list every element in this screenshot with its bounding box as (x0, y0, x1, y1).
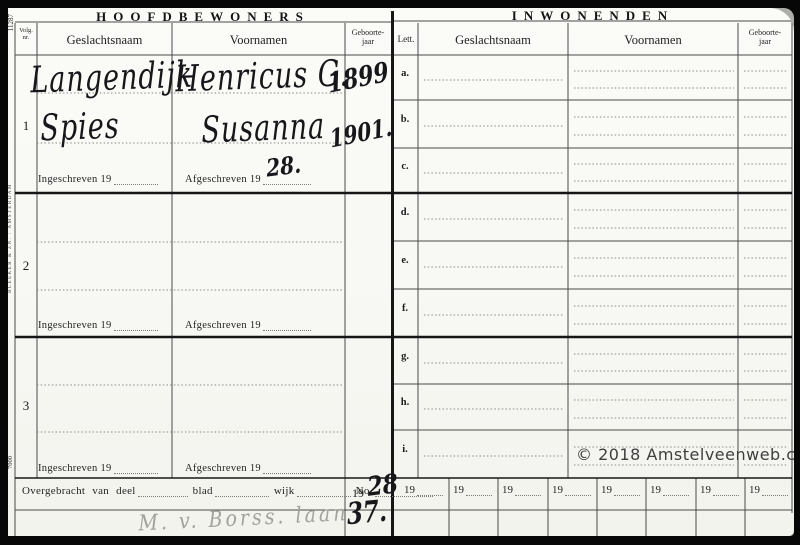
dotted-leader (417, 486, 443, 496)
footer-year-cell: 19 (749, 484, 788, 496)
ingeschreven-line-row1: Ingeschreven 19 (38, 174, 158, 185)
handwritten-surname-1: Langendijk (30, 54, 193, 102)
copyright-watermark: © 2018 Amstelveenweb.com (576, 445, 794, 464)
dotted-leader (263, 464, 311, 474)
column-header-firstnames-left: Voornamen (172, 33, 345, 48)
dotted-leader (114, 321, 158, 331)
row-number-2: 2 (15, 258, 37, 274)
column-header-birthyear-right-line1: Geboorte- (738, 28, 792, 37)
column-header-surname-right: Geslachtsnaam (418, 33, 568, 48)
column-header-firstnames-right: Voornamen (568, 33, 738, 48)
section-title-inwonenden: INWONENDEN (394, 8, 792, 24)
ingeschreven-label-row2: Ingeschreven 19 (38, 320, 112, 331)
column-header-volgnr-line2: nr. (15, 34, 37, 41)
footer-year-cell: 19 (502, 484, 541, 496)
section-title-hoofdbewoners: HOOFDBEWONERS (15, 9, 391, 25)
column-header-birthyear-right: Geboorte- jaar (738, 28, 792, 46)
footer-year-cell: 19 (700, 484, 739, 496)
footer-year-cell: 19 (453, 484, 492, 496)
handwritten-firstnames-2: Susanna (201, 106, 325, 152)
blad-label: blad (193, 485, 213, 497)
printer-imprint: BLEEKER & ZN. : AMSTERDAM (8, 183, 14, 293)
footer-year-cell-label: 19 (502, 484, 513, 496)
dotted-leader (565, 486, 591, 496)
footer-year-cell: 19 (552, 484, 591, 496)
footer-year-cell-label: 19 (601, 484, 612, 496)
letter-label-f: f. (396, 303, 414, 314)
dotted-leader (263, 175, 311, 185)
footer-year-cell: 19 (601, 484, 640, 496)
margin-serial-code: 11287 (8, 14, 15, 31)
dotted-leader (297, 487, 351, 497)
footer-year-cell: 19 (404, 484, 443, 496)
dotted-leader (114, 175, 158, 185)
footer-year-cell-label: 19 (650, 484, 661, 496)
handwritten-firstnames-1: Henricus G. (175, 53, 349, 101)
dotted-leader (263, 321, 311, 331)
letter-label-h: h. (396, 397, 414, 408)
ingeschreven-label-row3: Ingeschreven 19 (38, 463, 112, 474)
scanned-register-page: { "margin": { "top_code": "11287", "impr… (0, 0, 800, 545)
letter-label-c: c. (396, 161, 414, 172)
column-header-surname-left: Geslachtsnaam (37, 33, 172, 48)
dotted-leader (713, 486, 739, 496)
row-number-3: 3 (15, 398, 37, 414)
dotted-leader (614, 486, 640, 496)
row-number-1: 1 (15, 118, 37, 134)
column-header-lett: Lett. (394, 34, 418, 44)
column-header-birthyear-left-line2: jaar (345, 37, 391, 46)
column-header-birthyear-left: Geboorte- jaar (345, 28, 391, 46)
dotted-leader (663, 486, 689, 496)
ingeschreven-label-row1: Ingeschreven 19 (38, 174, 112, 185)
footer-year-cell-label: 19 (453, 484, 464, 496)
handwritten-surname-2: Spies (40, 105, 120, 150)
afgeschreven-label-row1: Afgeschreven 19 (185, 174, 261, 185)
margin-print-run-code: 7000 (8, 456, 15, 469)
afgeschreven-line-row3: Afgeschreven 19 (185, 463, 311, 474)
dotted-leader (515, 486, 541, 496)
overgebracht-label: Overgebracht van deel (22, 485, 136, 497)
footer-year-cell-label: 19 (700, 484, 711, 496)
dotted-leader (114, 464, 158, 474)
dotted-leader (215, 487, 269, 497)
afgeschreven-label-row2: Afgeschreven 19 (185, 320, 261, 331)
footer-year-cell: 19 (650, 484, 689, 496)
footer-year-cell-label: 19 (749, 484, 760, 496)
letter-label-e: e. (396, 255, 414, 266)
footer-year-cell-label: 19 (552, 484, 563, 496)
wijk-label: wijk (274, 485, 295, 497)
dotted-leader (762, 486, 788, 496)
dotted-leader (138, 487, 188, 497)
ingeschreven-line-row3: Ingeschreven 19 (38, 463, 158, 474)
afgeschreven-line-row2: Afgeschreven 19 (185, 320, 311, 331)
register-form-paper: 11287 BLEEKER & ZN. : AMSTERDAM 7000 HOO… (8, 8, 794, 536)
afgeschreven-label-row3: Afgeschreven 19 (185, 463, 261, 474)
column-header-volgnr: Volg. nr. (15, 27, 37, 41)
letter-label-b: b. (396, 114, 414, 125)
handwritten-house-number: 37. (346, 493, 388, 532)
letter-label-d: d. (396, 207, 414, 218)
footer-year-cell-label: 19 (404, 484, 415, 496)
column-header-birthyear-right-line2: jaar (738, 37, 792, 46)
afgeschreven-line-row1: Afgeschreven 19 (185, 174, 311, 185)
letter-label-g: g. (396, 351, 414, 362)
letter-label-i: i. (396, 444, 414, 455)
column-header-volgnr-line1: Volg. (15, 27, 37, 34)
ingeschreven-line-row2: Ingeschreven 19 (38, 320, 158, 331)
column-header-birthyear-left-line1: Geboorte- (345, 28, 391, 37)
letter-label-a: a. (396, 68, 414, 79)
dotted-leader (466, 486, 492, 496)
